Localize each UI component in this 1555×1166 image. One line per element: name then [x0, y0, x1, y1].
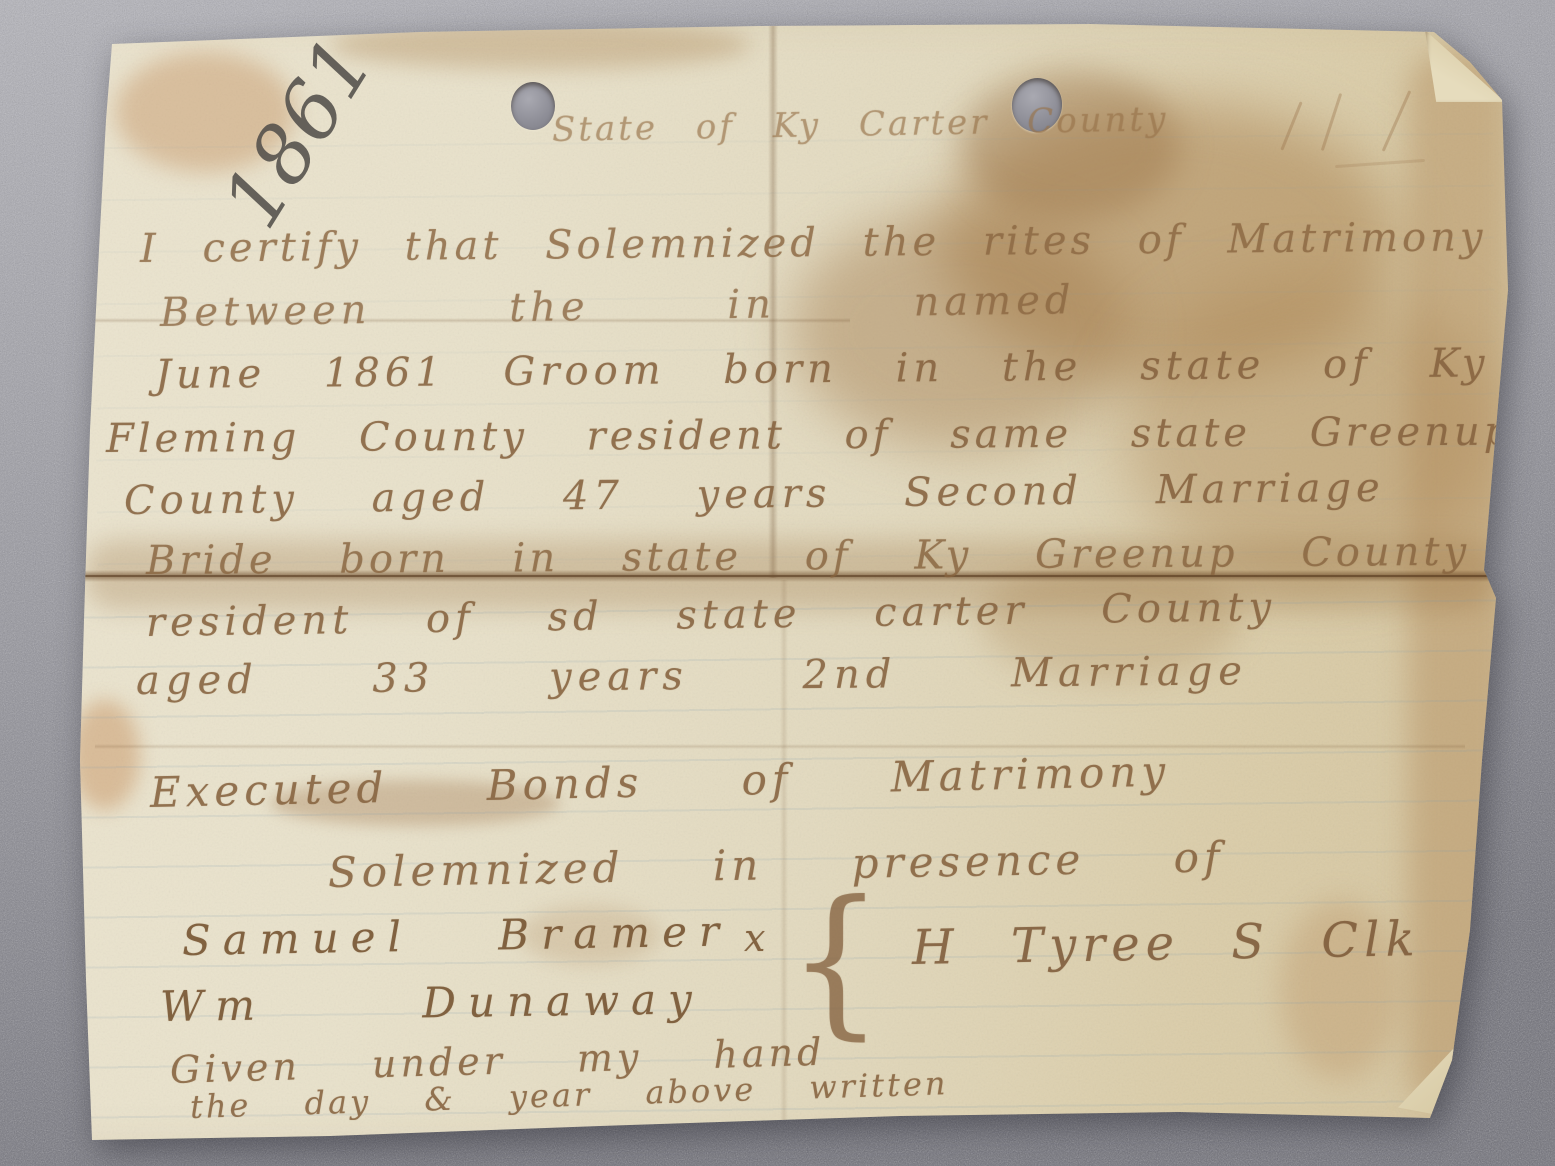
body-line: Fleming County resident of same state Gr…: [106, 409, 1514, 462]
document-paper: 1861 State of Ky Carter County I certify…: [0, 0, 1555, 1166]
witness-mark: x: [744, 916, 765, 960]
body-line: Bride born in state of Ky Greenup County: [146, 529, 1470, 584]
witness-signature: Wm Dunaway: [160, 974, 705, 1031]
stain-top-edge: [330, 20, 750, 70]
body-line: aged 33 years 2nd Marriage: [136, 648, 1248, 704]
punch-hole-left: [511, 82, 555, 130]
brace-mark: {: [788, 880, 883, 1042]
photo-of-document: 1861 State of Ky Carter County I certify…: [0, 0, 1555, 1166]
witness-signature: Samuel Bramer: [182, 906, 732, 965]
paper-sheet: 1861 State of Ky Carter County I certify…: [0, 0, 1555, 1166]
clerk-signature: H Tyree S Clk: [912, 911, 1421, 976]
